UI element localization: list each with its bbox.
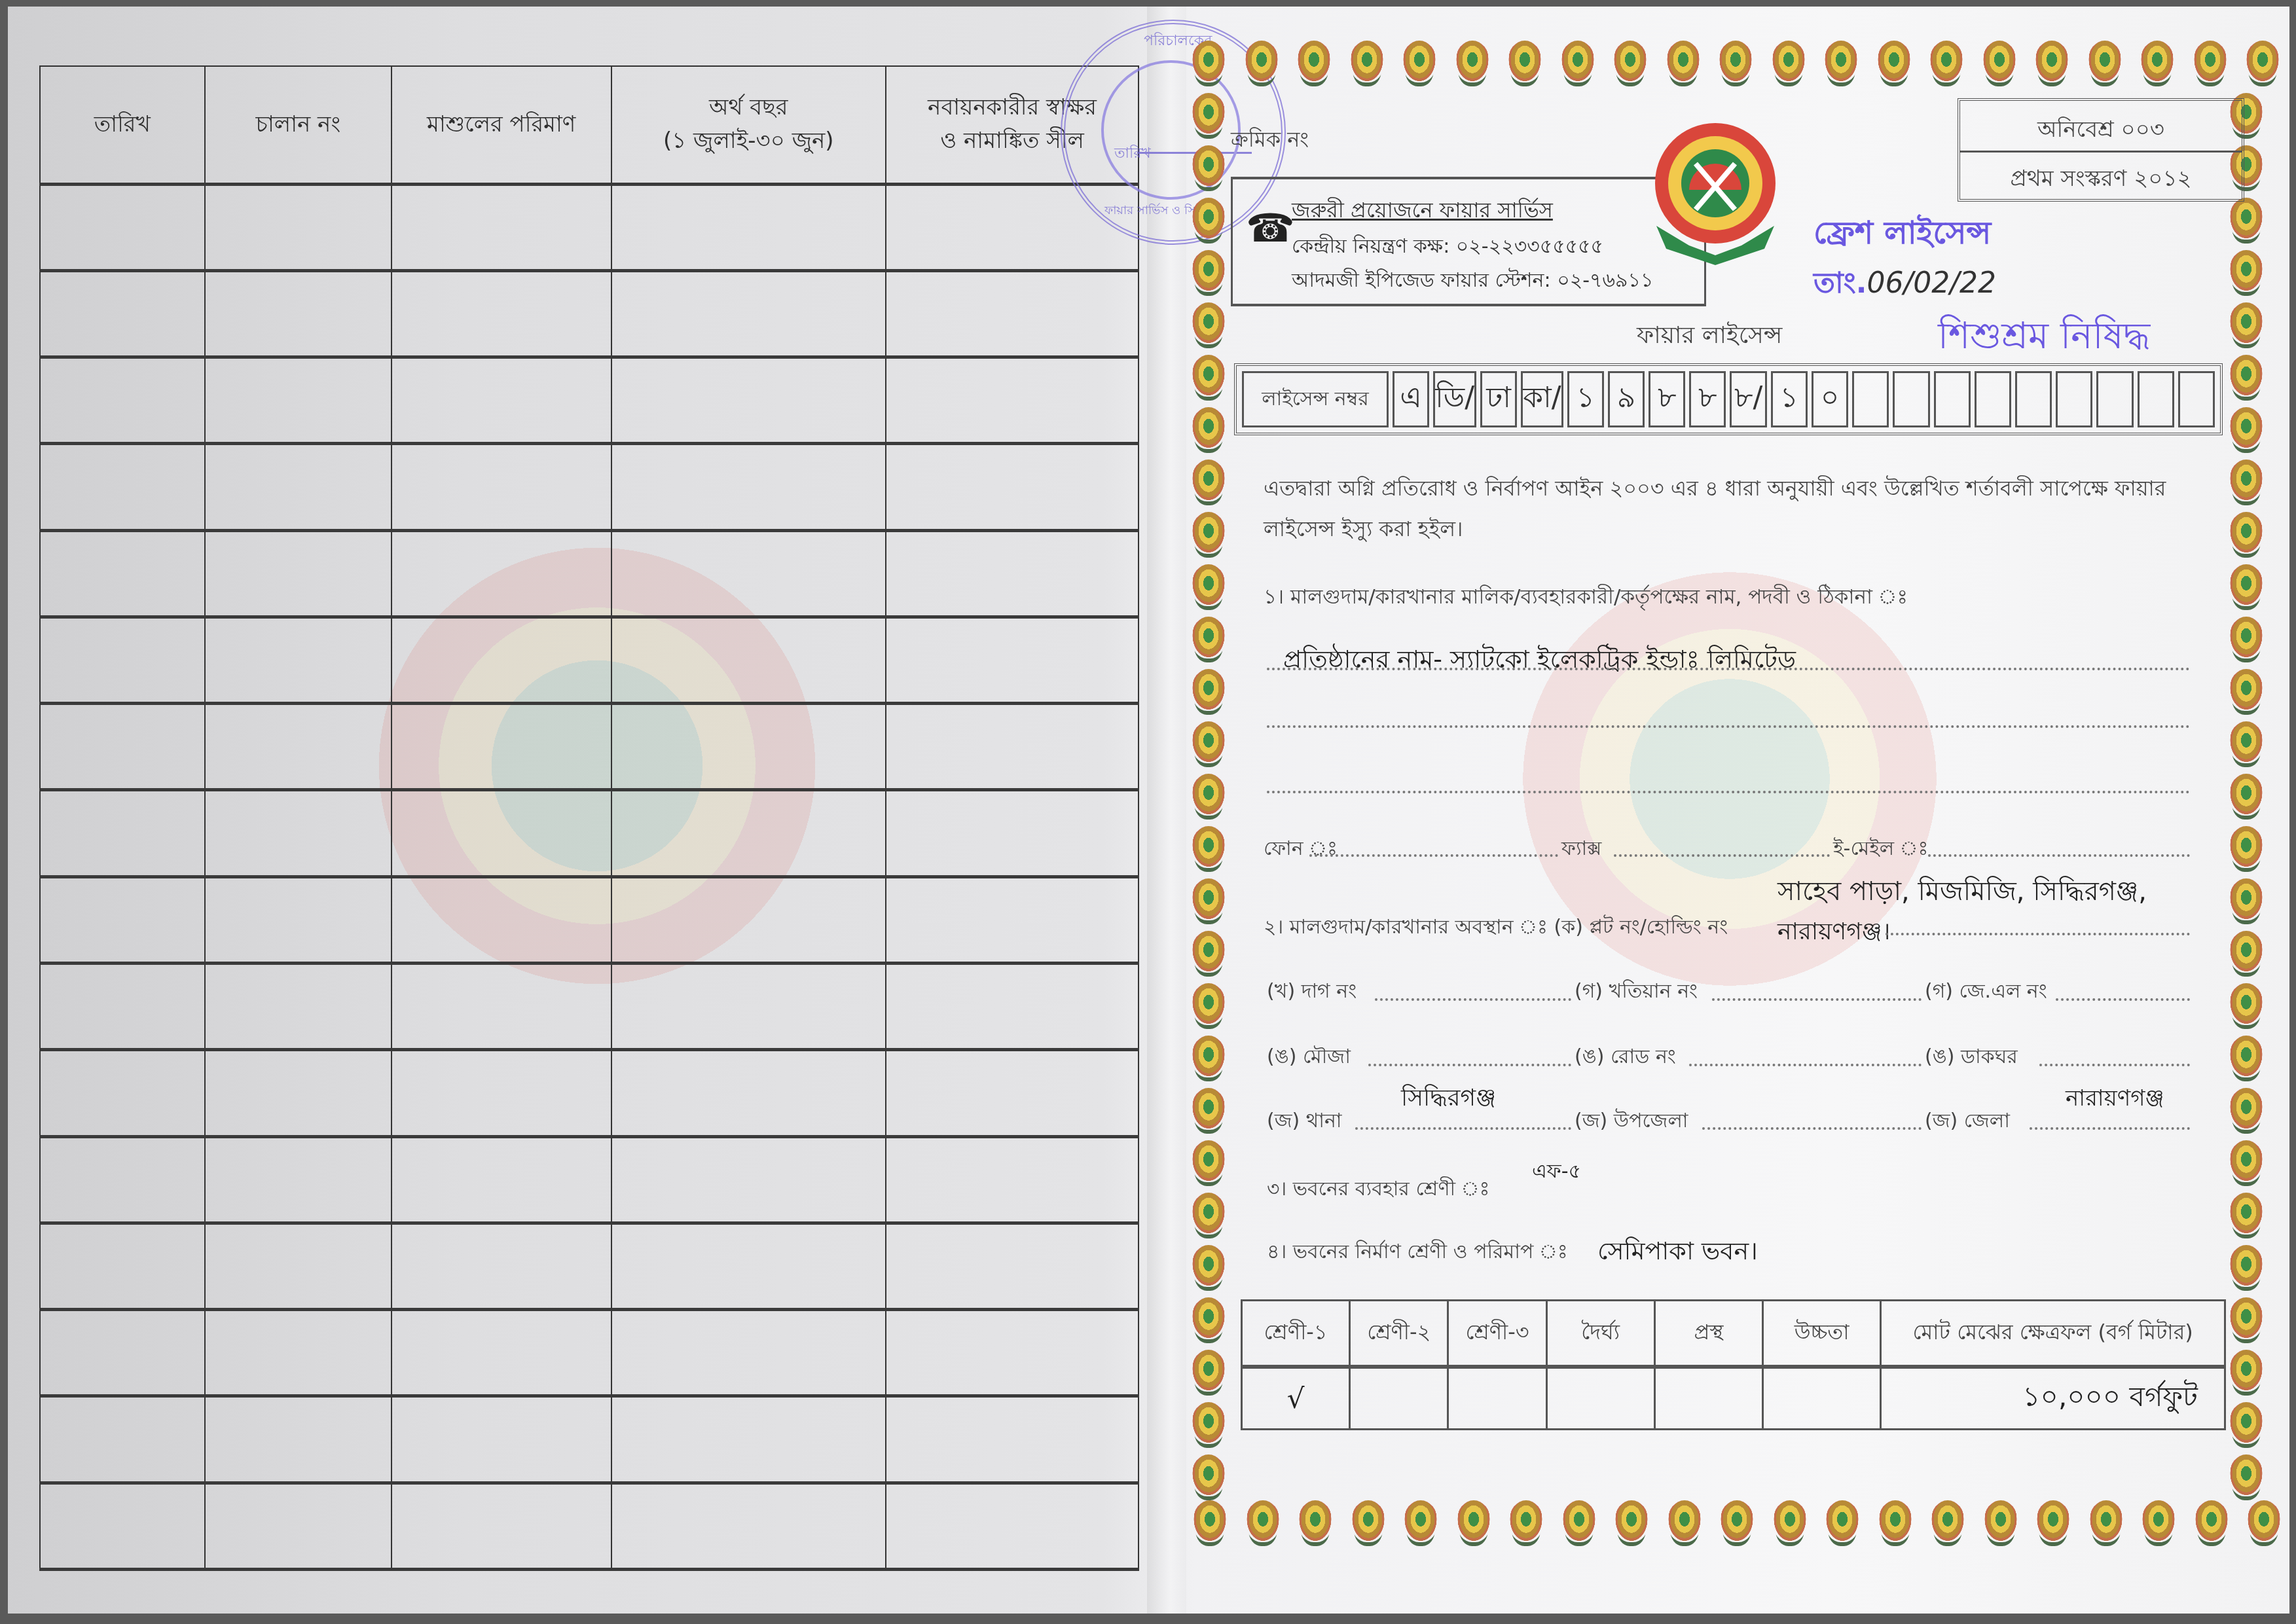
ledger-cell[interactable] — [392, 1396, 611, 1483]
ledger-cell[interactable] — [392, 530, 611, 617]
item4-label: ৪। ভবনের নির্মাণ শ্রেণী ও পরিমাপ ঃ — [1267, 1236, 1568, 1269]
ledger-cell[interactable] — [611, 617, 886, 703]
address-line-1: সাহেব পাড়া, মিজমিজি, সিদ্ধিরগঞ্জ, — [1777, 871, 2147, 914]
medallion-icon — [1245, 41, 1279, 82]
medallion-icon — [2229, 1140, 2263, 1182]
ledger-cell[interactable] — [611, 184, 886, 270]
road-field[interactable] — [1689, 1064, 1922, 1066]
medallion-icon — [2229, 1193, 2263, 1235]
medallion-icon — [1877, 41, 1911, 82]
item3-label: ৩। ভবনের ব্যবহার শ্রেণী ঃ — [1267, 1173, 1490, 1206]
ledger-cell[interactable] — [205, 1136, 392, 1223]
medallion-icon — [1192, 774, 1226, 816]
edition: প্রথম সংস্করণ ২০১২ — [1960, 153, 2242, 199]
ledger-cell[interactable] — [205, 617, 392, 703]
medallion-icon — [1192, 1193, 1226, 1235]
building-table-header: শ্রেণী-১শ্রেণী-২শ্রেণী-৩দৈর্ঘ্যপ্রস্থউচ্… — [1242, 1301, 2225, 1367]
medallion-icon — [1825, 1500, 1859, 1542]
medallion-icon — [1297, 41, 1331, 82]
header-date: তারিখ — [40, 66, 205, 184]
address-line-2: নারায়ণগঞ্জ। — [1777, 914, 1890, 953]
fresh-license-stamp: ফ্রেশ লাইসেন্স তাং.06/02/22 — [1813, 209, 1996, 309]
header-fiscal-year: অর্থ বছর(১ জুলাই-৩০ জুন) — [611, 66, 886, 184]
ledger-cell[interactable] — [40, 617, 205, 703]
medallion-icon — [2229, 1245, 2263, 1287]
license-number-cell — [2178, 371, 2215, 427]
ledger-cell[interactable] — [205, 1483, 392, 1569]
ledger-cell[interactable] — [886, 617, 1139, 703]
ledger-cell[interactable] — [40, 704, 205, 790]
ledger-row — [40, 704, 1139, 790]
document-title: ফায়ার লাইসেন্স — [1637, 317, 1782, 357]
district-value: নারায়ণগঞ্জ — [2066, 1081, 2164, 1119]
medallion-icon — [1192, 1297, 1226, 1339]
ledger-cell[interactable] — [392, 184, 611, 270]
upazila-label: (জ) উপজেলা — [1575, 1105, 1688, 1138]
building-table-cell — [1448, 1367, 1546, 1430]
ledger-cell[interactable] — [392, 1136, 611, 1223]
medallion-icon — [2229, 721, 2263, 763]
medallion-icon — [2140, 41, 2174, 82]
medallion-icon — [2229, 1454, 2263, 1496]
medallion-icon — [1404, 1500, 1438, 1542]
ledger-cell[interactable] — [886, 1223, 1139, 1309]
medallion-icon — [1192, 931, 1226, 973]
license-number-label: লাইসেন্স নম্বর — [1242, 371, 1389, 427]
medallion-icon — [2229, 826, 2263, 868]
medallion-icon — [1192, 1402, 1226, 1444]
ledger-cell[interactable] — [611, 1310, 886, 1396]
medallion-icon — [1192, 250, 1226, 292]
license-number-cell — [1975, 371, 2011, 427]
medallion-icon — [1561, 41, 1595, 82]
medallion-icon — [2246, 41, 2280, 82]
road-label: (ঙ) রোড নং — [1575, 1041, 1676, 1074]
thana-value: সিদ্ধিরগঞ্জ — [1401, 1080, 1496, 1119]
building-table-header-cell: উচ্চতা — [1763, 1301, 1881, 1367]
medallion-icon — [1614, 1500, 1649, 1542]
ledger-cell[interactable] — [205, 876, 392, 963]
building-class-table: শ্রেণী-১শ্রেণী-২শ্রেণী-৩দৈর্ঘ্যপ্রস্থউচ্… — [1241, 1299, 2226, 1430]
ledger-cell[interactable] — [886, 357, 1139, 444]
license-number-cell: ০ — [1812, 371, 1848, 427]
building-table-header-cell: শ্রেণী-৩ — [1448, 1301, 1546, 1367]
license-number-cell: এ — [1393, 371, 1429, 427]
item1-label: ১। মালগুদাম/কারখানার মালিক/ব্যবহারকারী/ক… — [1264, 581, 1908, 615]
license-number-cell — [1852, 371, 1889, 427]
ledger-row — [40, 1136, 1139, 1223]
ledger-cell[interactable] — [392, 1050, 611, 1136]
ledger-cell[interactable] — [205, 184, 392, 270]
usage-class-value: এফ-৫ — [1532, 1155, 1581, 1189]
emergency-title: জরুরী প্রয়োজনে ফায়ার সার্ভিস — [1292, 194, 1553, 229]
item1-line-1 — [1267, 668, 2190, 670]
ledger-cell[interactable] — [205, 444, 392, 530]
ledger-cell[interactable] — [40, 530, 205, 617]
ledger-cell[interactable] — [611, 357, 886, 444]
medallion-icon — [2229, 1350, 2263, 1392]
thana-field[interactable] — [1355, 1127, 1571, 1130]
medallion-icon — [1192, 198, 1226, 240]
handwritten-date: 06/02/22 — [1867, 266, 1996, 300]
building-table-header-cell: দৈর্ঘ্য — [1546, 1301, 1654, 1367]
medallion-icon — [2089, 1500, 2123, 1542]
medallion-icon — [1192, 407, 1226, 449]
seal-date-label: তারিখ — [1114, 142, 1151, 166]
building-table-cell — [1546, 1367, 1654, 1430]
medallion-icon — [1457, 1500, 1491, 1542]
ledger-cell[interactable] — [886, 1483, 1139, 1569]
medallion-icon — [2088, 41, 2122, 82]
license-number-cell — [1893, 371, 1929, 427]
medallion-icon — [2229, 512, 2263, 554]
medallion-icon — [2229, 931, 2263, 973]
medallion-icon — [2035, 41, 2069, 82]
license-number-cell — [2096, 371, 2133, 427]
ledger-cell[interactable] — [205, 1310, 392, 1396]
ledger-cell[interactable] — [40, 1050, 205, 1136]
medallion-icon — [1192, 669, 1226, 711]
ledger-cell[interactable] — [40, 184, 205, 270]
stamp-date: তাং.06/02/22 — [1813, 261, 1996, 309]
telephone-icon: ☎ — [1246, 206, 1279, 251]
ledger-row — [40, 1223, 1139, 1309]
medallion-icon — [2247, 1500, 2281, 1542]
ledger-cell[interactable] — [392, 876, 611, 963]
ledger-cell[interactable] — [205, 1396, 392, 1483]
ledger-cell[interactable] — [40, 444, 205, 530]
building-table-cell — [1654, 1367, 1762, 1430]
medallion-icon — [1351, 1500, 1385, 1542]
ledger-cell[interactable] — [392, 1223, 611, 1309]
header-fee-amount: মাশুলের পরিমাণ — [392, 66, 611, 184]
medallion-icon — [2229, 1088, 2263, 1130]
jl-label: (গ) জে.এল নং — [1925, 975, 2047, 1009]
license-number-cell: ৮ — [1689, 371, 1726, 427]
medallion-icon — [1666, 41, 1700, 82]
ledger-cell[interactable] — [611, 1223, 886, 1309]
child-labour-prohibited-stamp: শিশুশ্রম নিষিদ্ধ — [1938, 308, 2150, 369]
header-challan-no: চালান নং — [205, 66, 392, 184]
khatian-label: (গ) খতিয়ান নং — [1575, 975, 1698, 1009]
ledger-cell[interactable] — [886, 790, 1139, 876]
book-fold — [1147, 7, 1186, 1614]
building-table-cell — [1350, 1367, 1448, 1430]
ledger-row — [40, 357, 1139, 444]
ledger-cell[interactable] — [205, 1223, 392, 1309]
ledger-cell[interactable] — [611, 1050, 886, 1136]
total-floor-area: ১০,০০০ বর্গফুট — [1881, 1367, 2225, 1430]
item1-line-3 — [1267, 791, 2190, 793]
renewal-ledger-table: তারিখ চালান নং মাশুলের পরিমাণ অর্থ বছর(১… — [39, 65, 1139, 1571]
license-number-cell — [2138, 371, 2174, 427]
form-code: অনিবেশ্র ০০৩ — [1960, 101, 2242, 153]
form-code-box: অনিবেশ্র ০০৩ প্রথম সংস্করণ ২০১২ — [1958, 98, 2244, 202]
mouza-label: (ঙ) মৌজা — [1267, 1041, 1351, 1074]
license-number-cell: কা/ — [1521, 371, 1563, 427]
medallion-icon — [2229, 564, 2263, 606]
medallion-icon — [1192, 721, 1226, 763]
medallion-icon — [2229, 774, 2263, 816]
fax-field[interactable] — [1614, 854, 1830, 857]
medallion-icon — [1929, 41, 1963, 82]
ledger-cell[interactable] — [392, 617, 611, 703]
ledger-row — [40, 444, 1139, 530]
ledger-cell[interactable] — [886, 964, 1139, 1050]
license-number-cell: ৯ — [1608, 371, 1645, 427]
medallion-icon — [1246, 1500, 1280, 1542]
ledger-row — [40, 1483, 1139, 1569]
ledger-cell[interactable] — [611, 1396, 886, 1483]
ledger-cell[interactable] — [40, 1483, 205, 1569]
ledger-cell[interactable] — [886, 1136, 1139, 1223]
email-label: ই-মেইল ঃ — [1833, 833, 1929, 866]
ledger-cell[interactable] — [40, 357, 205, 444]
plot-field[interactable] — [1886, 933, 2190, 935]
medallion-icon — [1192, 564, 1226, 606]
fax-label: ফ্যাক্স — [1561, 833, 1601, 866]
medallion-icon — [1192, 826, 1226, 868]
ledger-cell[interactable] — [886, 530, 1139, 617]
ledger-cell[interactable] — [205, 530, 392, 617]
medallion-icon — [1192, 41, 1226, 82]
medallion-icon — [1878, 1500, 1912, 1542]
email-field[interactable] — [1928, 854, 2190, 857]
ledger-cell[interactable] — [886, 1396, 1139, 1483]
fresh-license-text: ফ্রেশ লাইসেন্স — [1813, 209, 1996, 261]
medallion-icon — [1667, 1500, 1702, 1542]
license-number-cell: ১ — [1771, 371, 1808, 427]
building-table-header-cell: শ্রেণী-১ — [1242, 1301, 1350, 1367]
ledger-cell[interactable] — [40, 270, 205, 357]
ledger-cell[interactable] — [40, 790, 205, 876]
item2-label: ২। মালগুদাম/কারখানার অবস্থান ঃ (ক) প্লট … — [1264, 911, 1728, 945]
medallion-icon — [2141, 1500, 2176, 1542]
ledger-cell[interactable] — [886, 876, 1139, 963]
district-label: (জ) জেলা — [1925, 1105, 2010, 1138]
ledger-cell[interactable] — [611, 530, 886, 617]
jl-field[interactable] — [2056, 998, 2190, 1001]
medallion-icon — [1982, 41, 2016, 82]
ledger-row — [40, 964, 1139, 1050]
dag-field[interactable] — [1375, 998, 1571, 1001]
license-number-cell — [2015, 371, 2052, 427]
post-office-field[interactable] — [2039, 1064, 2190, 1066]
medallion-icon — [1192, 617, 1226, 659]
ledger-cell[interactable] — [611, 704, 886, 790]
medallion-icon — [1824, 41, 1858, 82]
medallion-icon — [1192, 1454, 1226, 1496]
license-number-cell: ১ — [1567, 371, 1604, 427]
item1-line-2 — [1267, 725, 2190, 728]
ledger-cell[interactable] — [40, 876, 205, 963]
medallion-icon — [1562, 1500, 1596, 1542]
fire-service-logo — [1650, 118, 1781, 268]
upazila-field[interactable] — [1702, 1127, 1922, 1130]
khatian-field[interactable] — [1712, 998, 1922, 1001]
medallion-icon — [1192, 878, 1226, 920]
medallion-icon — [1192, 1036, 1226, 1077]
medallion-icon — [1192, 355, 1226, 397]
medallion-icon — [1192, 93, 1226, 135]
ledger-row — [40, 617, 1139, 703]
fire-station-number: আদমজী ইপিজেড ফায়ার স্টেশন: ০২-৭৬৯১১ — [1292, 264, 1653, 298]
ledger-cell[interactable] — [886, 704, 1139, 790]
medallion-icon — [2229, 617, 2263, 659]
ledger-cell[interactable] — [40, 1136, 205, 1223]
ledger-cell[interactable] — [886, 270, 1139, 357]
ledger-cell[interactable] — [392, 444, 611, 530]
ledger-row — [40, 1050, 1139, 1136]
medallion-icon — [1193, 1500, 1227, 1542]
medallion-icon — [2229, 1036, 2263, 1077]
class-1-checkmark: √ — [1242, 1367, 1350, 1430]
ledger-row — [40, 530, 1139, 617]
ledger-cell[interactable] — [392, 1483, 611, 1569]
license-number-cell: ঢা — [1480, 371, 1517, 427]
ledger-cell[interactable] — [392, 270, 611, 357]
ledger-row — [40, 790, 1139, 876]
organization-name: প্রতিষ্ঠানের নাম- স্যাটকো ইলেকট্রিক ইন্ড… — [1283, 640, 1796, 682]
ledger-header-row: তারিখ চালান নং মাশুলের পরিমাণ অর্থ বছর(১… — [40, 66, 1139, 184]
license-number-cell — [2056, 371, 2092, 427]
medallion-icon — [2229, 250, 2263, 292]
medallion-icon — [2195, 1500, 2229, 1542]
medallion-icon — [1192, 1245, 1226, 1287]
license-number-cell: ডি/ — [1433, 371, 1476, 427]
phone-label: ফোন ঃ — [1264, 833, 1338, 866]
ledger-cell[interactable] — [205, 270, 392, 357]
ledger-cell[interactable] — [611, 876, 886, 963]
medallion-icon — [1350, 41, 1384, 82]
ledger-cell[interactable] — [205, 357, 392, 444]
license-number-cell: ৮ — [1649, 371, 1685, 427]
medallion-icon — [1192, 302, 1226, 344]
ledger-cell[interactable] — [886, 1050, 1139, 1136]
ledger-row — [40, 1310, 1139, 1396]
medallion-icon — [2229, 1297, 2263, 1339]
medallion-icon — [1772, 41, 1806, 82]
medallion-icon — [1720, 1500, 1754, 1542]
ledger-cell[interactable] — [392, 1310, 611, 1396]
medallion-icon — [1455, 41, 1489, 82]
medallion-icon — [1719, 41, 1753, 82]
ledger-row — [40, 184, 1139, 270]
medallion-icon — [2036, 1500, 2070, 1542]
medallion-icon — [1508, 41, 1542, 82]
ledger-cell[interactable] — [205, 1050, 392, 1136]
phone-field[interactable] — [1309, 854, 1558, 857]
thana-label: (জ) থানা — [1267, 1105, 1342, 1138]
medallion-icon — [1773, 1500, 1807, 1542]
medallion-icon — [2229, 407, 2263, 449]
ledger-cell[interactable] — [886, 1310, 1139, 1396]
medallion-icon — [2229, 878, 2263, 920]
ledger-cell[interactable] — [40, 1310, 205, 1396]
ledger-cell[interactable] — [392, 964, 611, 1050]
ledger-cell[interactable] — [392, 790, 611, 876]
ledger-cell[interactable] — [611, 270, 886, 357]
building-table-header-cell: শ্রেণী-২ — [1350, 1301, 1448, 1367]
ledger-cell[interactable] — [205, 964, 392, 1050]
building-table-header-cell: প্রস্থ — [1654, 1301, 1762, 1367]
medallion-icon — [2229, 983, 2263, 1025]
control-room-number: কেন্দ্রীয় নিয়ন্ত্রণ কক্ষ: ০২-২২৩৩৫৫৫৫৫ — [1292, 230, 1603, 264]
mouza-field[interactable] — [1368, 1064, 1571, 1066]
medallion-icon — [1931, 1500, 1965, 1542]
medallion-icon — [2229, 198, 2263, 240]
ledger-row — [40, 876, 1139, 963]
ledger-cell[interactable] — [611, 964, 886, 1050]
building-table-row: √১০,০০০ বর্গফুট — [1242, 1367, 2225, 1430]
medallion-icon — [2229, 460, 2263, 501]
medallion-icon — [1192, 1350, 1226, 1392]
medallion-icon — [1613, 41, 1647, 82]
ledger-cell[interactable] — [392, 357, 611, 444]
ledger-cell[interactable] — [205, 704, 392, 790]
license-number-cell — [1934, 371, 1971, 427]
ledger-cell[interactable] — [611, 790, 886, 876]
medallion-icon — [2229, 302, 2263, 344]
intro-text: এতদ্বারা অগ্নি প্রতিরোধ ও নির্বাপণ আইন ২… — [1264, 468, 2193, 549]
dag-label: (খ) দাগ নং — [1267, 975, 1357, 1009]
building-table-cell — [1763, 1367, 1881, 1430]
ledger-row — [40, 270, 1139, 357]
ledger-cell[interactable] — [40, 1396, 205, 1483]
medallion-icon — [1984, 1500, 2018, 1542]
ledger-cell[interactable] — [886, 444, 1139, 530]
medallion-icon — [1192, 145, 1226, 187]
ledger-cell[interactable] — [611, 1483, 886, 1569]
construction-value: সেমিপাকা ভবন। — [1597, 1232, 1758, 1274]
ledger-cell[interactable] — [40, 1223, 205, 1309]
district-field[interactable] — [2030, 1127, 2190, 1130]
medallion-icon — [2229, 1402, 2263, 1444]
ledger-cell[interactable] — [611, 1136, 886, 1223]
medallion-icon — [1402, 41, 1436, 82]
emergency-contact-box: ☎ জরুরী প্রয়োজনে ফায়ার সার্ভিস কেন্দ্র… — [1231, 177, 1706, 306]
medallion-icon — [1192, 460, 1226, 501]
ledger-cell[interactable] — [205, 790, 392, 876]
medallion-icon — [1192, 512, 1226, 554]
medallion-icon — [2193, 41, 2227, 82]
ledger-cell[interactable] — [40, 964, 205, 1050]
medallion-icon — [1192, 1088, 1226, 1130]
post-office-label: (ঙ) ডাকঘর — [1925, 1041, 2018, 1074]
medallion-icon — [1509, 1500, 1543, 1542]
ledger-cell[interactable] — [611, 444, 886, 530]
medallion-icon — [1192, 1140, 1226, 1182]
medallion-icon — [1298, 1500, 1332, 1542]
building-table-header-cell: মোট মেঝের ক্ষেত্রফল (বর্গ মিটার) — [1881, 1301, 2225, 1367]
license-number-cell: ৮/ — [1730, 371, 1766, 427]
license-number-row: লাইসেন্স নম্বর এডি/ঢাকা/১৯৮৮৮/১০ — [1234, 363, 2223, 435]
medallion-icon — [2229, 355, 2263, 397]
ledger-row — [40, 1396, 1139, 1483]
medallion-icon — [1192, 983, 1226, 1025]
ledger-cell[interactable] — [392, 704, 611, 790]
serial-number-label: ক্রমিক নং — [1231, 123, 1309, 158]
medallion-icon — [2229, 669, 2263, 711]
